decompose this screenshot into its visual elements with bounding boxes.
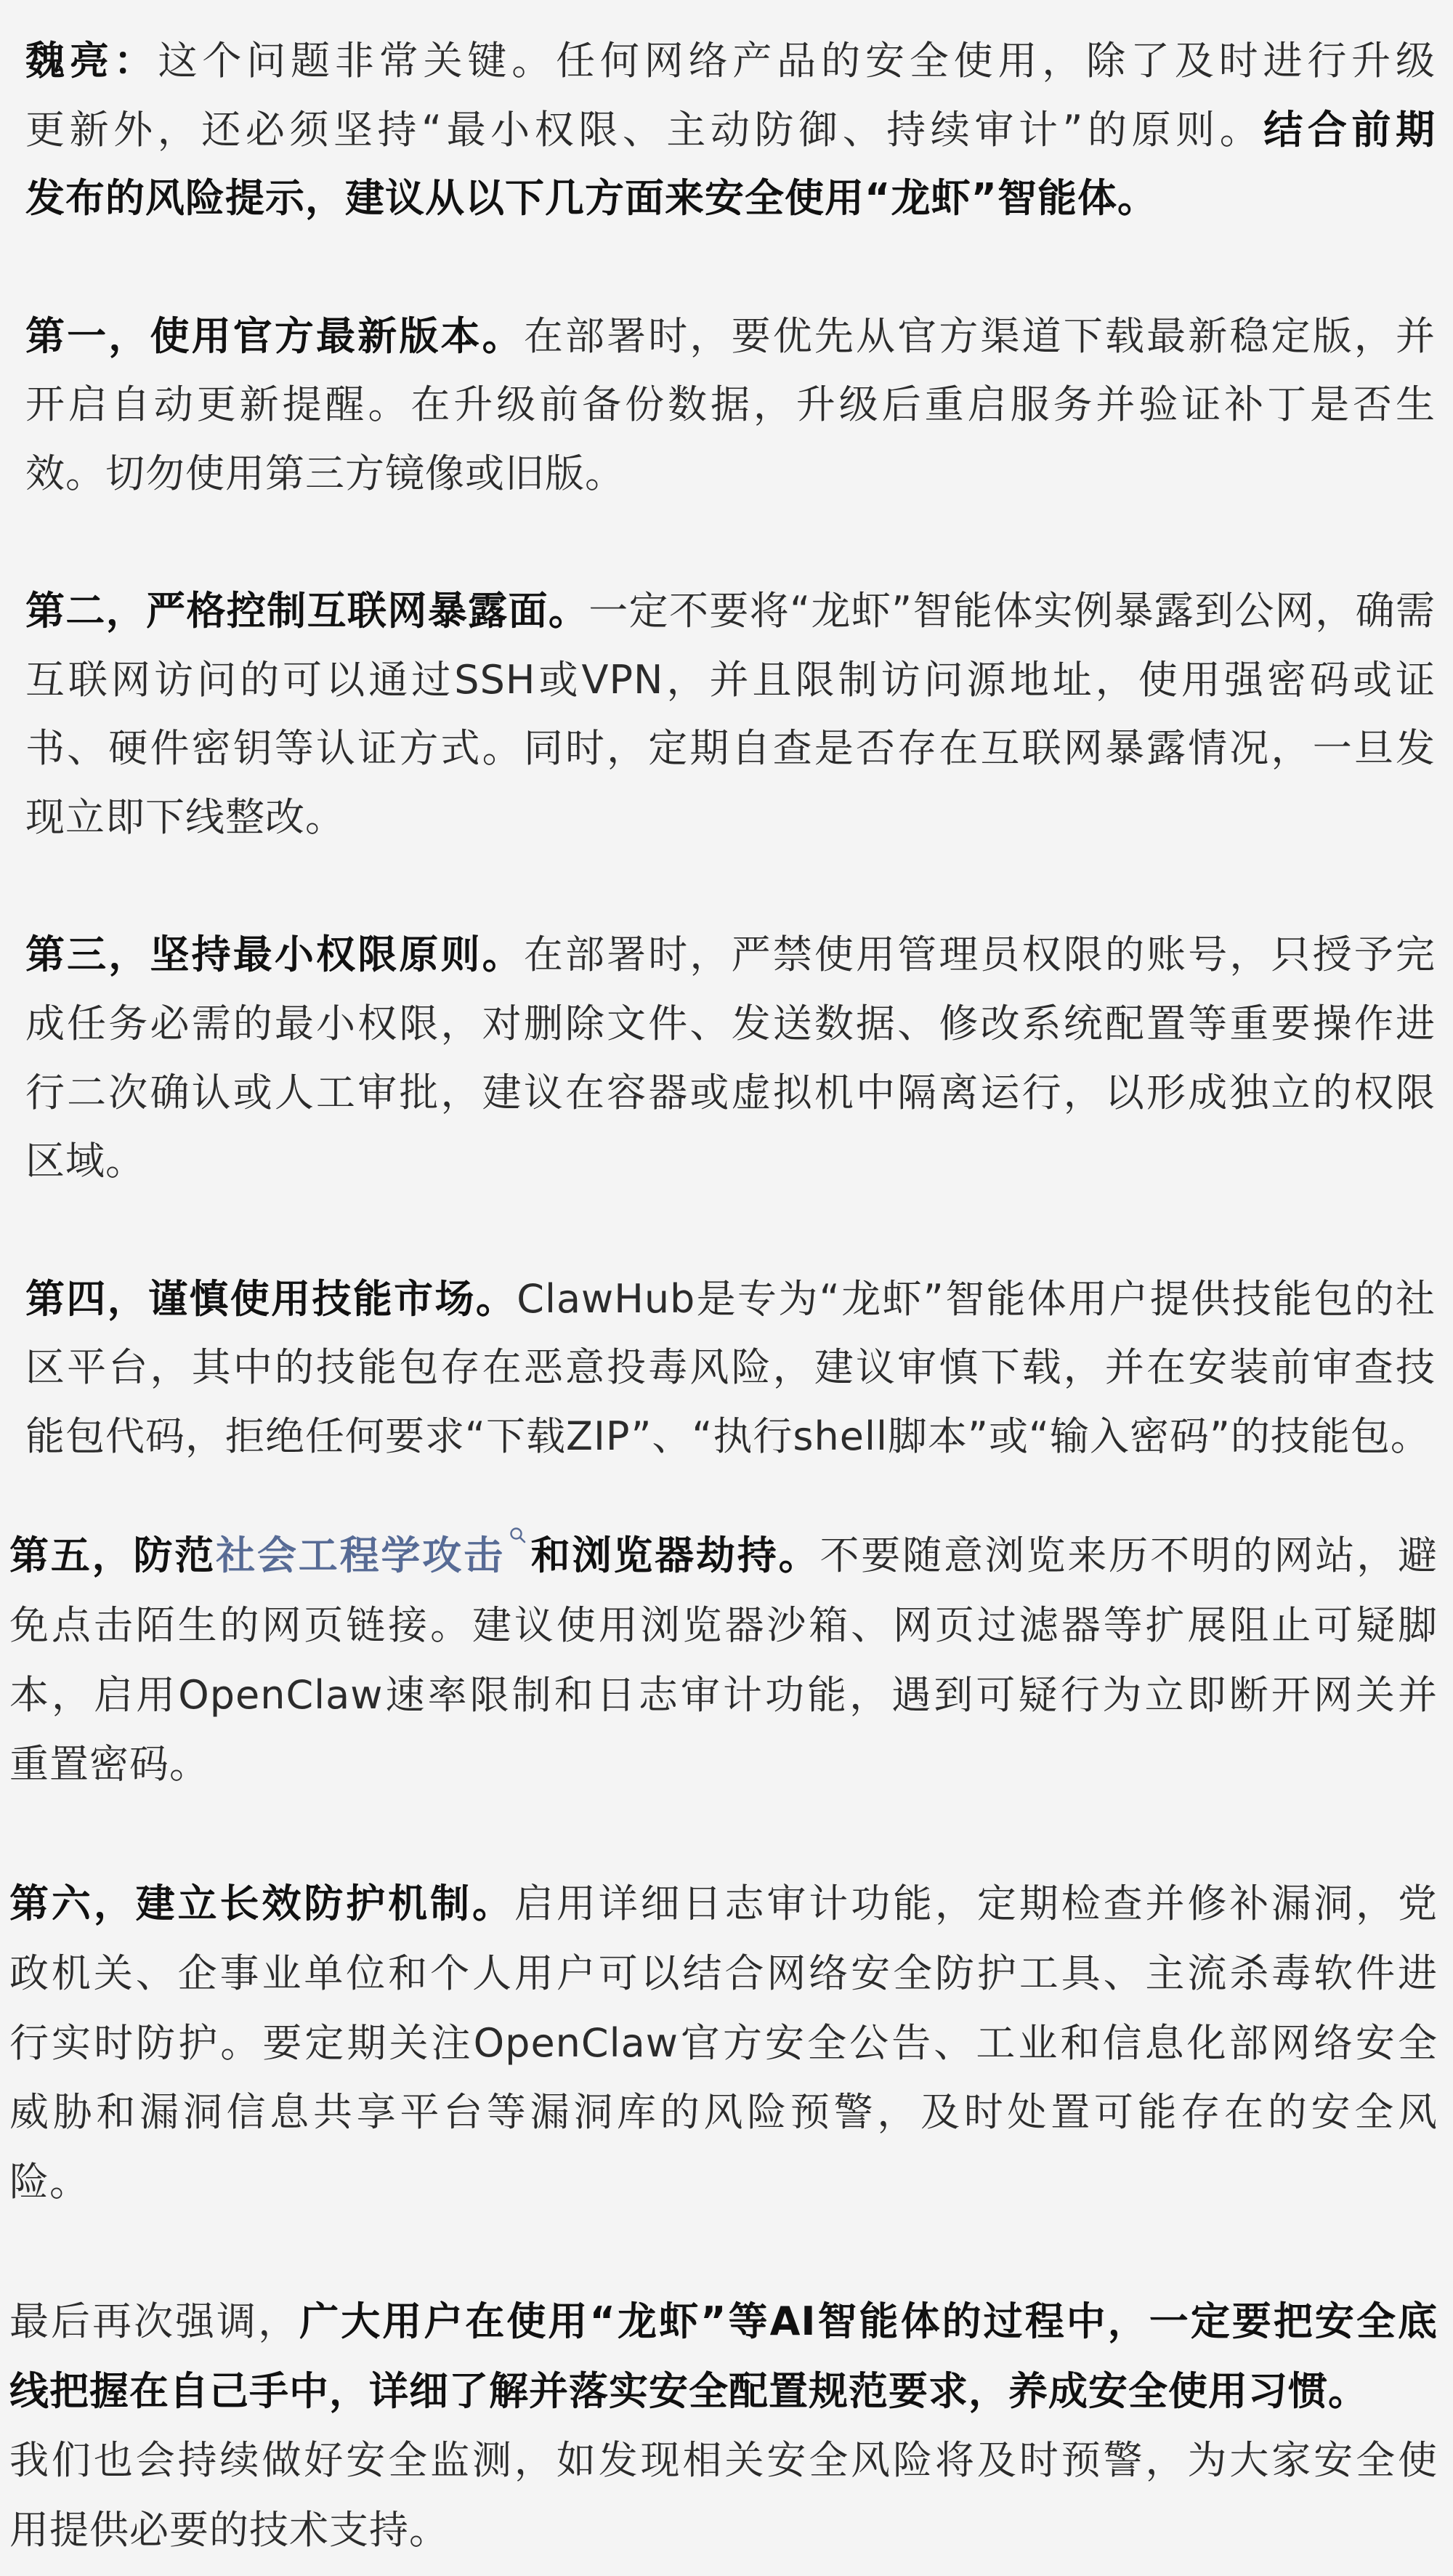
text-line: 区平台，其中的技能包存在恶意投毒风险，建议审慎下载，并在安装前审查技 (25, 1333, 1436, 1402)
paragraph-intro: 魏亮：这个问题非常关键。任何网络产品的安全使用，除了及时进行升级 更新外，还必须… (25, 27, 1436, 233)
text-line: 用提供必要的技术支持。 (9, 2495, 1438, 2565)
text-line: 第三，坚持最小权限原则。在部署时，严禁使用管理员权限的账号，只授予完 (25, 921, 1436, 990)
text-line: 威胁和漏洞信息共享平台等漏洞库的风险预警，及时处置可能存在的安全风 (9, 2078, 1438, 2147)
body-text: 在部署时，要优先从官方渠道下载最新稳定版，并 (524, 313, 1436, 359)
body-text: 更新外，还必须坚持“最小权限、主动防御、持续审计”的原则。 (25, 107, 1263, 153)
body-text: 威胁和漏洞信息共享平台等漏洞库的风险预警，及时处置可能存在的安全风 (9, 2089, 1438, 2135)
body-text: 我们也会持续做好安全监测，如发现相关安全风险将及时预警，为大家安全使 (9, 2437, 1438, 2483)
point-heading: 第三，坚持最小权限原则。 (25, 932, 524, 977)
point-heading: 第五，防范 (9, 1533, 216, 1578)
search-icon[interactable] (509, 1527, 527, 1547)
paragraph-point-6: 第六，建立长效防护机制。启用详细日志审计功能，定期检查并修补漏洞，党 政机关、企… (9, 1869, 1438, 2217)
body-text: 行实时防护。要定期关注OpenClaw官方安全公告、工业和信息化部网络安全 (9, 2020, 1438, 2066)
body-text: 区域。 (25, 1138, 145, 1184)
blank-line (25, 508, 1436, 577)
bold-text: 线把握在自己手中，详细了解并落实安全配置规范要求，养成安全使用习惯。 (9, 2368, 1368, 2414)
text-line: 区域。 (25, 1127, 1436, 1196)
text-line: 第五，防范社会工程学攻击和浏览器劫持。不要随意浏览来历不明的网站，避 (9, 1521, 1438, 1591)
body-text: ClawHub是专为“龙虾”智能体用户提供技能包的社 (517, 1276, 1436, 1322)
body-text: 政机关、企事业单位和个人用户可以结合网络安全防护工具、主流杀毒软件进 (9, 1950, 1438, 1996)
text-line: 成任务必需的最小权限，对删除文件、发送数据、修改系统配置等重要操作进 (25, 990, 1436, 1059)
text-line: 第四，谨慎使用技能市场。ClawHub是专为“龙虾”智能体用户提供技能包的社 (25, 1265, 1436, 1334)
bold-text: 发布的风险提示，建议从以下几方面来安全使用“龙虾”智能体。 (25, 175, 1157, 221)
blank-line (25, 1196, 1436, 1265)
text-line: 险。 (9, 2147, 1438, 2217)
body-text: 现立即下线整改。 (25, 794, 345, 840)
body-text: 能包代码，拒绝任何要求“下载ZIP”、“执行shell脚本”或“输入密码”的技能… (25, 1413, 1430, 1459)
point-heading: 第二，严格控制互联网暴露面。 (25, 588, 588, 634)
body-text: 险。 (9, 2159, 89, 2205)
text-line: 更新外，还必须坚持“最小权限、主动防御、持续审计”的原则。结合前期 (25, 96, 1436, 165)
point-heading: 和浏览器劫持。 (530, 1533, 820, 1578)
blank-line (9, 1799, 1438, 1869)
paragraph-closing: 最后再次强调，广大用户在使用“龙虾”等AI智能体的过程中，一定要把安全底 线把握… (9, 2287, 1438, 2565)
body-text: 本，启用OpenClaw速率限制和日志审计功能，遇到可疑行为立即断开网关并 (9, 1672, 1438, 1718)
text-line: 第二，严格控制互联网暴露面。一定不要将“龙虾”智能体实例暴露到公网，确需 (25, 577, 1436, 646)
body-text: 一定不要将“龙虾”智能体实例暴露到公网，确需 (588, 588, 1436, 634)
body-text: 免点击陌生的网页链接。建议使用浏览器沙箱、网页过滤器等扩展阻止可疑脚 (9, 1602, 1438, 1648)
blank-line (25, 852, 1436, 921)
paragraph-point-1: 第一，使用官方最新版本。在部署时，要优先从官方渠道下载最新稳定版，并 开启自动更… (25, 302, 1436, 509)
body-text: 这个问题非常关键。任何网络产品的安全使用，除了及时进行升级 (158, 38, 1436, 84)
article-page: 魏亮：这个问题非常关键。任何网络产品的安全使用，除了及时进行升级 更新外，还必须… (0, 0, 1453, 2576)
text-line: 行实时防护。要定期关注OpenClaw官方安全公告、工业和信息化部网络安全 (9, 2008, 1438, 2078)
text-line: 本，启用OpenClaw速率限制和日志审计功能，遇到可疑行为立即断开网关并 (9, 1660, 1438, 1730)
body-text: 区平台，其中的技能包存在恶意投毒风险，建议审慎下载，并在安装前审查技 (25, 1344, 1436, 1390)
point-heading: 第四，谨慎使用技能市场。 (25, 1276, 517, 1322)
blank-line (25, 233, 1436, 302)
body-text: 不要随意浏览来历不明的网站，避 (819, 1533, 1438, 1578)
bold-text: 广大用户在使用“龙虾”等AI智能体的过程中，一定要把安全底 (299, 2298, 1438, 2344)
text-line: 线把握在自己手中，详细了解并落实安全配置规范要求，养成安全使用习惯。 (9, 2357, 1438, 2426)
text-line: 我们也会持续做好安全监测，如发现相关安全风险将及时预警，为大家安全使 (9, 2426, 1438, 2495)
body-text: 效。切勿使用第三方镜像或旧版。 (25, 451, 625, 496)
text-line: 发布的风险提示，建议从以下几方面来安全使用“龙虾”智能体。 (25, 164, 1436, 233)
speaker-name: 魏亮： (25, 38, 158, 84)
body-text: 最后再次强调， (9, 2298, 299, 2344)
body-text: 行二次确认或人工审批，建议在容器或虚拟机中隔离运行，以形成独立的权限 (25, 1070, 1436, 1115)
bold-text: 结合前期 (1263, 107, 1436, 153)
paragraph-point-4: 第四，谨慎使用技能市场。ClawHub是专为“龙虾”智能体用户提供技能包的社 区… (25, 1265, 1436, 1471)
text-line: 能包代码，拒绝任何要求“下载ZIP”、“执行shell脚本”或“输入密码”的技能… (25, 1402, 1436, 1471)
text-line: 书、硬件密钥等认证方式。同时，定期自查是否存在互联网暴露情况，一旦发 (25, 714, 1436, 783)
text-line: 政机关、企事业单位和个人用户可以结合网络安全防护工具、主流杀毒软件进 (9, 1939, 1438, 2008)
point-heading: 第六，建立长效防护机制。 (9, 1881, 514, 1926)
text-line: 免点击陌生的网页链接。建议使用浏览器沙箱、网页过滤器等扩展阻止可疑脚 (9, 1591, 1438, 1660)
text-line: 重置密码。 (9, 1729, 1438, 1799)
text-line: 行二次确认或人工审批，建议在容器或虚拟机中隔离运行，以形成独立的权限 (25, 1059, 1436, 1128)
paragraph-point-5: 第五，防范社会工程学攻击和浏览器劫持。不要随意浏览来历不明的网站，避 免点击陌生… (9, 1521, 1438, 1799)
body-text: 用提供必要的技术支持。 (9, 2507, 449, 2553)
text-line: 效。切勿使用第三方镜像或旧版。 (25, 440, 1436, 509)
text-line: 第六，建立长效防护机制。启用详细日志审计功能，定期检查并修补漏洞，党 (9, 1869, 1438, 1939)
text-line: 魏亮：这个问题非常关键。任何网络产品的安全使用，除了及时进行升级 (25, 27, 1436, 96)
text-line: 最后再次强调，广大用户在使用“龙虾”等AI智能体的过程中，一定要把安全底 (9, 2287, 1438, 2357)
body-text: 在部署时，严禁使用管理员权限的账号，只授予完 (524, 932, 1436, 977)
body-text: 成任务必需的最小权限，对删除文件、发送数据、修改系统配置等重要操作进 (25, 1001, 1436, 1046)
point-heading: 第一，使用官方最新版本。 (25, 313, 524, 359)
paragraph-point-3: 第三，坚持最小权限原则。在部署时，严禁使用管理员权限的账号，只授予完 成任务必需… (25, 921, 1436, 1196)
body-text: 重置密码。 (9, 1741, 209, 1787)
text-line: 第一，使用官方最新版本。在部署时，要优先从官方渠道下载最新稳定版，并 (25, 302, 1436, 371)
text-line: 现立即下线整改。 (25, 783, 1436, 852)
search-link-social-engineering[interactable]: 社会工程学攻击 (216, 1533, 505, 1578)
text-line: 开启自动更新提醒。在升级前备份数据，升级后重启服务并验证补丁是否生 (25, 371, 1436, 440)
body-text: 启用详细日志审计功能，定期检查并修补漏洞，党 (514, 1881, 1438, 1926)
body-text: 书、硬件密钥等认证方式。同时，定期自查是否存在互联网暴露情况，一旦发 (25, 725, 1436, 771)
blank-line (9, 2217, 1438, 2287)
body-text: 开启自动更新提醒。在升级前备份数据，升级后重启服务并验证补丁是否生 (25, 381, 1436, 427)
article-section-main: 魏亮：这个问题非常关键。任何网络产品的安全使用，除了及时进行升级 更新外，还必须… (25, 27, 1436, 1471)
article-section-secondary: 第五，防范社会工程学攻击和浏览器劫持。不要随意浏览来历不明的网站，避 免点击陌生… (9, 1521, 1438, 2565)
paragraph-point-2: 第二，严格控制互联网暴露面。一定不要将“龙虾”智能体实例暴露到公网，确需 互联网… (25, 577, 1436, 852)
body-text: 互联网访问的可以通过SSH或VPN，并且限制访问源地址，使用强密码或证 (25, 657, 1436, 703)
text-line: 互联网访问的可以通过SSH或VPN，并且限制访问源地址，使用强密码或证 (25, 646, 1436, 715)
